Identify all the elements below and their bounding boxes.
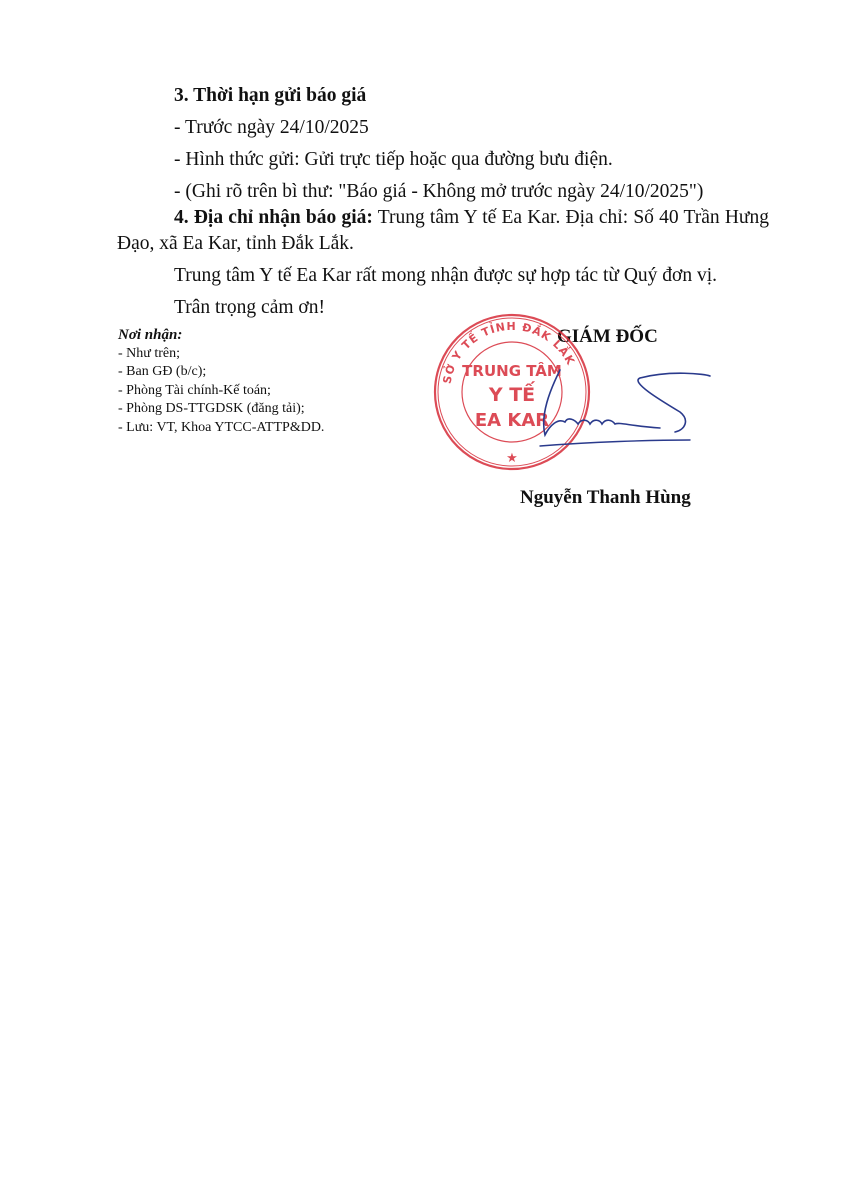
handwritten-signature-icon <box>520 360 720 460</box>
recipients-block: Nơi nhận: - Như trên; - Ban GĐ (b/c); - … <box>118 326 324 437</box>
section-3-item: - Hình thức gửi: Gửi trực tiếp hoặc qua … <box>174 148 613 172</box>
recipient-item: - Phòng Tài chính-Kế toán; <box>118 382 324 401</box>
recipients-title: Nơi nhận: <box>118 326 324 345</box>
recipient-item: - Lưu: VT, Khoa YTCC-ATTP&DD. <box>118 419 324 438</box>
signer-name: Nguyễn Thanh Hùng <box>520 487 691 509</box>
recipient-item: - Như trên; <box>118 345 324 364</box>
section-3-item: - (Ghi rõ trên bì thư: "Báo giá - Không … <box>174 180 703 204</box>
document-page: 3. Thời hạn gửi báo giá - Trước ngày 24/… <box>0 0 849 1200</box>
stamp-star-icon: ★ <box>506 451 518 466</box>
recipient-item: - Ban GĐ (b/c); <box>118 363 324 382</box>
section-3-item: - Trước ngày 24/10/2025 <box>174 116 369 140</box>
section-4-paragraph: 4. Địa chỉ nhận báo giá: Trung tâm Y tế … <box>117 205 769 257</box>
section-3-heading: 3. Thời hạn gửi báo giá <box>174 84 366 108</box>
closing-cooperation: Trung tâm Y tế Ea Kar rất mong nhận được… <box>174 264 717 288</box>
closing-thanks: Trân trọng cảm ơn! <box>174 296 325 320</box>
section-4-label: 4. Địa chỉ nhận báo giá: <box>174 207 373 228</box>
recipient-item: - Phòng DS-TTGDSK (đăng tải); <box>118 400 324 419</box>
